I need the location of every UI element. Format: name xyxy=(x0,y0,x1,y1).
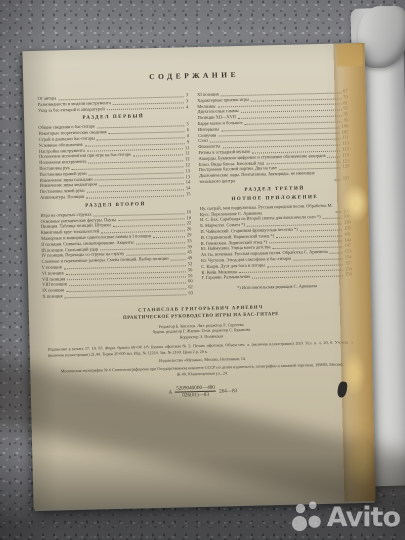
dot-leader xyxy=(86,195,184,198)
footnote: *) Исполнительская редакция С. Ариевича xyxy=(202,282,353,291)
tape-corner-piece xyxy=(336,44,363,67)
page-title: СОДЕРЖАНИЕ xyxy=(23,67,365,84)
toc-row: Диатонические лады. Пентатоника. Звукоря… xyxy=(199,169,350,184)
toc-entry-label: Уход за бас-гитарой и аппаратурой xyxy=(38,106,105,113)
code-suffix: 264—83 xyxy=(219,388,237,394)
book-page: СОДЕРЖАНИЕ От автора3Разновидности и мод… xyxy=(22,43,375,509)
code-denominator: 026(01)—83 xyxy=(182,392,209,399)
toc-page-number: 15 xyxy=(186,191,191,197)
section-header: РАЗДЕЛ ВТОРОЙ xyxy=(40,201,191,210)
toc-column-left: От автора3Разновидности и модели инструм… xyxy=(38,92,193,299)
avito-watermark: Avito xyxy=(292,501,400,533)
avito-logo-icon xyxy=(292,501,324,533)
listing-photo: { "listing": { "watermark_text": "Avito"… xyxy=(0,0,405,540)
code-fraction: 5209040000—480 026(01)—83 xyxy=(175,385,216,399)
toc-column-right: XI позиция67Характерные приемы игры79Мел… xyxy=(197,88,352,295)
toc-entry-label: X позиция xyxy=(42,293,62,299)
imprint-index-code: А 5209040000—480 026(01)—83 264—83 xyxy=(59,382,347,402)
page-content: СОДЕРЖАНИЕ От автора3Разновидности и мод… xyxy=(22,43,375,509)
code-prefix: А xyxy=(168,389,172,395)
toc-page-number: 63 xyxy=(188,290,193,296)
toc-entry-label: Г. Гаранян. Размышление xyxy=(201,274,250,281)
toc-columns: От автора3Разновидности и модели инструм… xyxy=(24,88,371,300)
toc-entry-label: Аппликатура. Позиции xyxy=(40,194,84,201)
dot-leader xyxy=(107,108,184,111)
imprint-block: СТАНИСЛАВ ГРИГОРЬЕВИЧ АРИЕВИЧ ПРАКТИЧЕСК… xyxy=(57,303,347,401)
crumpled-paper-corner xyxy=(358,6,405,68)
toc-page-number: 4 xyxy=(186,104,188,110)
section-header: РАЗДЕЛ ПЕРВЫЙ xyxy=(38,114,189,123)
dot-leader xyxy=(252,276,343,279)
section-header: РАЗДЕЛ ТРЕТИЙ xyxy=(199,185,350,194)
imprint-editors: Редактор Б. Киселев. Лит. редактор Л. Се… xyxy=(57,319,345,343)
toc-entry-label: Диатонические лады. Пентатоника. Звукоря… xyxy=(199,170,333,185)
dot-leader xyxy=(65,294,187,298)
avito-wordmark: Avito xyxy=(327,502,400,533)
section-header: НОТНОЕ ПРИЛОЖЕНИЕ xyxy=(200,194,351,203)
